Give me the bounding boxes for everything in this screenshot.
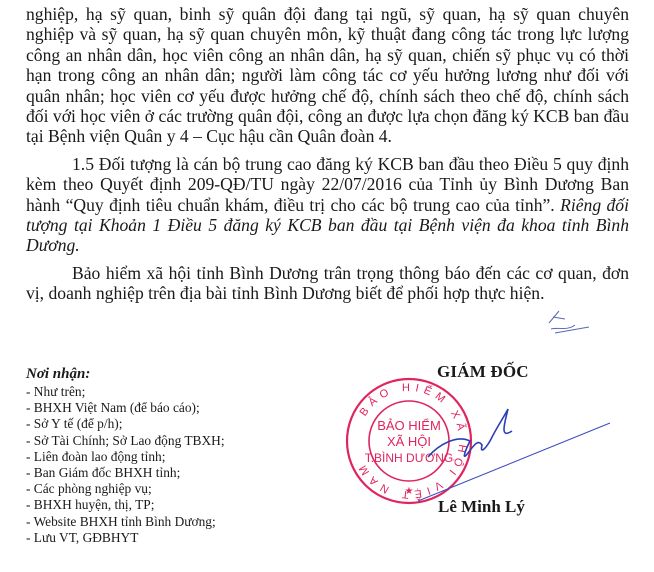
signatory-name: Lê Minh Lý	[438, 497, 525, 517]
recipient-item: - Liên đoàn lao động tỉnh;	[26, 449, 225, 465]
recipients-list: - Như trên; - BHXH Việt Nam (để báo cáo)…	[26, 384, 225, 546]
recipient-item: - Sở Tài Chính; Sở Lao động TBXH;	[26, 433, 225, 449]
recipient-item: - Lưu VT, GĐBHYT	[26, 530, 225, 546]
recipient-item: - BHXH huyện, thị, TP;	[26, 497, 225, 513]
paragraph-closing: Bảo hiểm xã hội tỉnh Bình Dương trân trọ…	[26, 263, 629, 304]
recipient-item: - Các phòng nghiệp vụ;	[26, 481, 225, 497]
recipient-item: - Ban Giám đốc BHXH tỉnh;	[26, 465, 225, 481]
document-body: nghiệp, hạ sỹ quan, binh sỹ quân đội đan…	[26, 4, 629, 304]
initials-mark-icon	[545, 305, 595, 337]
recipient-item: - Website BHXH tỉnh Bình Dương;	[26, 514, 225, 530]
paragraph-item-1-5: 1.5 Đối tượng là cán bộ trung cao đăng k…	[26, 154, 629, 256]
recipient-item: - Như trên;	[26, 384, 225, 400]
recipient-item: - Sở Y tế (để p/h);	[26, 416, 225, 432]
item-1-5-text: 1.5 Đối tượng là cán bộ trung cao đăng k…	[26, 154, 629, 215]
recipient-item: - BHXH Việt Nam (để báo cáo);	[26, 400, 225, 416]
handwritten-signature-icon	[400, 395, 620, 505]
paragraph-continuation: nghiệp, hạ sỹ quan, binh sỹ quân đội đan…	[26, 4, 629, 147]
recipients-title: Nơi nhận:	[26, 366, 225, 383]
recipients-block: Nơi nhận: - Như trên; - BHXH Việt Nam (đ…	[26, 366, 225, 546]
